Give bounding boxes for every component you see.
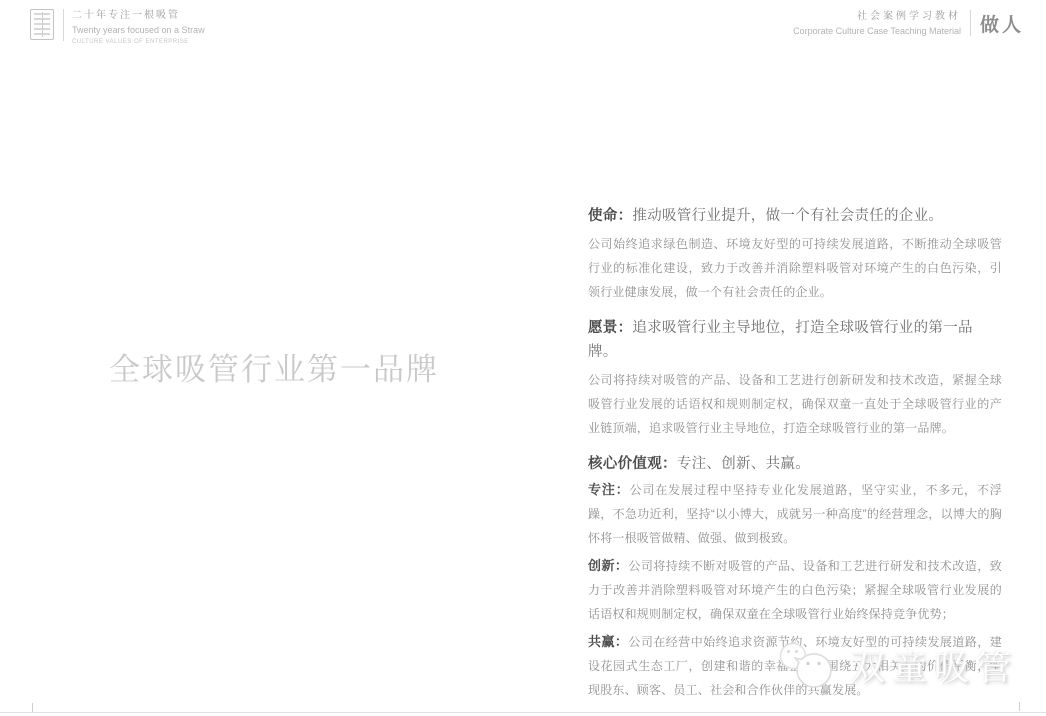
page-watermark-title: 全球吸管行业第一品牌 — [109, 344, 439, 389]
mission-section: 使命：推动吸管行业提升，做一个有社会责任的企业。 公司始终追求绿色制造、环境友好… — [588, 204, 1002, 304]
right-page-content: 使命：推动吸管行业提升，做一个有社会责任的企业。 公司始终追求绿色制造、环境友好… — [588, 204, 1002, 706]
vision-heading-label: 愿景： — [588, 320, 632, 336]
header-left-text: 二十年专注一根吸管 Twenty years focused on a Stra… — [72, 9, 205, 46]
header-right-title-en: Corporate Culture Case Teaching Material — [793, 25, 961, 37]
header-left: 二十年专注一根吸管 Twenty years focused on a Stra… — [30, 9, 205, 46]
core-values-heading-text: 专注、创新、共赢。 — [677, 456, 810, 472]
header-left-title-zh: 二十年专注一根吸管 — [72, 10, 205, 22]
header-divider — [63, 9, 64, 41]
brand-logo: 双童吸管 — [776, 639, 1018, 693]
vision-heading: 愿景：追求吸管行业主导地位，打造全球吸管行业的第一品牌。 — [588, 316, 1002, 364]
vision-body: 公司将持续对吸管的产品、设备和工艺进行创新研发和技术改造，紧握全球吸管行业发展的… — [588, 368, 1002, 440]
vision-heading-text: 追求吸管行业主导地位，打造全球吸管行业的第一品牌。 — [588, 320, 973, 360]
vision-section: 愿景：追求吸管行业主导地位，打造全球吸管行业的第一品牌。 公司将持续对吸管的产品… — [588, 316, 1002, 440]
core-values-heading: 核心价值观：专注、创新、共赢。 — [588, 452, 1002, 476]
bottom-hairline — [0, 712, 1046, 713]
value-innovation-paragraph: 创新：公司将持续不断对吸管的产品、设备和工艺进行研发和技术改造，致力于改善并消除… — [588, 554, 1002, 626]
seal-stamp-icon — [30, 9, 54, 40]
brochure-page: 二十年专注一根吸管 Twenty years focused on a Stra… — [0, 0, 1046, 716]
crop-mark-left — [32, 703, 33, 712]
value-innovation-label: 创新： — [588, 558, 628, 573]
header-left-title-en: Twenty years focused on a Straw — [72, 24, 205, 36]
value-focus-text: 公司在发展过程中坚持专业化发展道路，坚守实业，不多元，不浮躁，不急功近利，坚持“… — [588, 483, 1002, 545]
value-focus-paragraph: 专注：公司在发展过程中坚持专业化发展道路，坚守实业，不多元，不浮躁，不急功近利，… — [588, 478, 1002, 550]
two-children-faces-icon — [776, 639, 842, 693]
value-winwin-label: 共赢： — [588, 634, 628, 649]
brand-logo-text: 双童吸管 — [850, 641, 1018, 691]
header-left-subtitle: CULTURE VALUES OF ENTERPRISE — [72, 38, 205, 46]
mission-heading: 使命：推动吸管行业提升，做一个有社会责任的企业。 — [588, 204, 1002, 228]
value-focus-label: 专注： — [588, 482, 630, 497]
header-right: 社会案例学习教材 Corporate Culture Case Teaching… — [793, 9, 1024, 37]
core-values-heading-label: 核心价值观： — [588, 456, 677, 472]
header-divider — [970, 10, 971, 36]
chapter-label: 做人 — [980, 10, 1024, 37]
header-right-title-zh: 社会案例学习教材 — [793, 11, 961, 23]
value-innovation-text: 公司将持续不断对吸管的产品、设备和工艺进行研发和技术改造，致力于改善并消除塑料吸… — [588, 559, 1002, 621]
header-right-text: 社会案例学习教材 Corporate Culture Case Teaching… — [793, 9, 961, 37]
mission-heading-label: 使命： — [588, 208, 632, 224]
mission-heading-text: 推动吸管行业提升，做一个有社会责任的企业。 — [632, 208, 943, 224]
crop-mark-right — [1019, 702, 1020, 711]
mission-body: 公司始终追求绿色制造、环境友好型的可持续发展道路，不断推动全球吸管行业的标准化建… — [588, 232, 1002, 304]
